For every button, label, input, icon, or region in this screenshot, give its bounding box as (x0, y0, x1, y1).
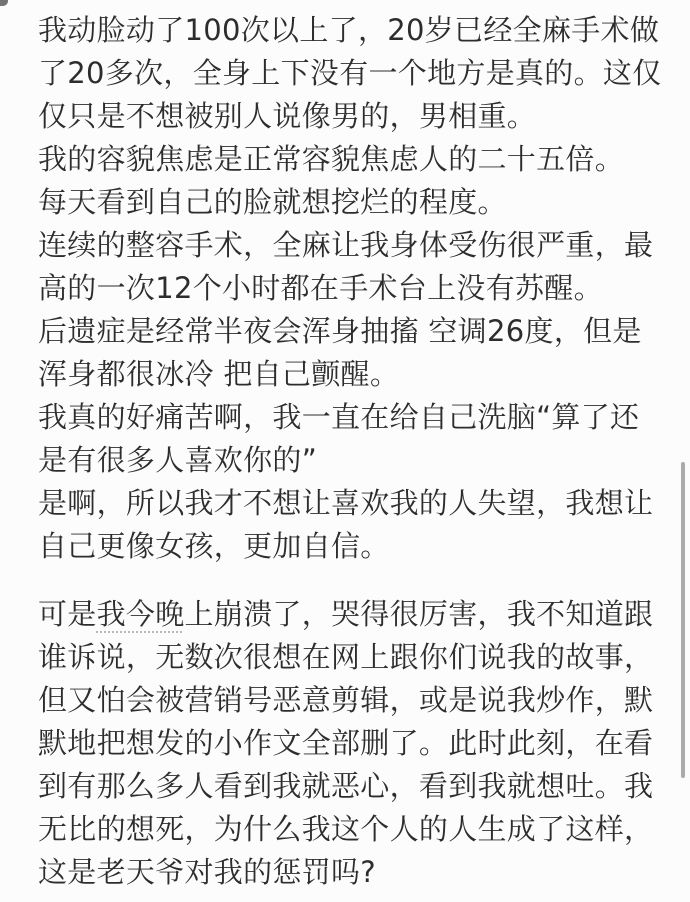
text-line: 是有很多人喜欢你的” (38, 439, 666, 482)
text-line: 浑身都很冰冷 把自己颤醒。 (38, 353, 666, 396)
text-line: 每天看到自己的脸就想挖烂的程度。 (38, 181, 666, 224)
scrollbar-thumb[interactable] (681, 462, 685, 778)
text-line: 默地把想发的小作文全部删了。此时此刻，在看 (38, 722, 666, 765)
text-line: 到有那么多人看到我就恶心，看到我就想吐。我 (38, 765, 666, 808)
text-line: 这是老天爷对我的惩罚吗? (38, 851, 666, 894)
text-line: 我动脸动了100次以上了，20岁已经全麻手术做 (38, 9, 666, 52)
text-line: 仅只是不想被别人说像男的，男相重。 (38, 95, 666, 138)
text-line: 是啊，所以我才不想让喜欢我的人失望，我想让 (38, 482, 666, 525)
text-line: 了20多次，全身上下没有一个地方是真的。这仅 (38, 52, 666, 95)
text-line: 谁诉说，无数次很想在网上跟你们说我的故事， (38, 636, 666, 679)
paragraph-gap (38, 568, 666, 593)
text-line: 连续的整容手术，全麻让我身体受伤很严重，最 (38, 224, 666, 267)
text-line: 无比的想死，为什么我这个人的人生成了这样， (38, 808, 666, 851)
text-line: 自己更像女孩，更加自信。 (38, 525, 666, 568)
text-segment: 上崩溃了，哭得很厉害，我不知道跟 (185, 597, 654, 631)
text-line: 高的一次12个小时都在手术台上没有苏醒。 (38, 267, 666, 310)
text-line: 后遗症是经常半夜会浑身抽搐 空调26度，但是 (38, 310, 666, 353)
post-text-body: 我动脸动了100次以上了，20岁已经全麻手术做 了20多次，全身上下没有一个地方… (0, 0, 690, 894)
text-line: 可是我今晚上崩溃了，哭得很厉害，我不知道跟 (38, 593, 666, 636)
underlined-text-segment: 我今晚 (97, 597, 185, 631)
text-line: 但又怕会被营销号恶意剪辑，或是说我炒作，默 (38, 679, 666, 722)
text-line: 我真的好痛苦啊，我一直在给自己洗脑“算了还 (38, 396, 666, 439)
text-line: 我的容貌焦虑是正常容貌焦虑人的二十五倍。 (38, 138, 666, 181)
text-segment: 可是 (38, 597, 97, 631)
